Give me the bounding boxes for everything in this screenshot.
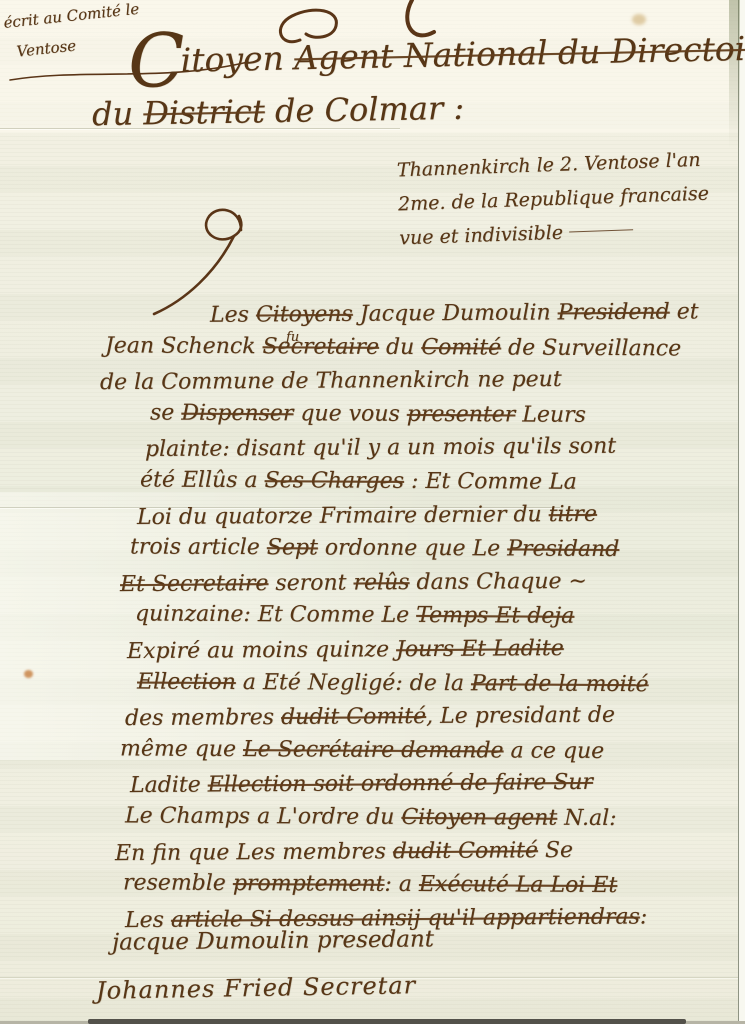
manuscript-text: seront xyxy=(268,570,353,596)
manuscript-line: Ladite Ellection soit ordonné de faire S… xyxy=(130,765,725,803)
manuscript-text: Expiré au moins quinze xyxy=(127,637,396,664)
struck-text: Exécuté La Loi Et xyxy=(419,872,617,898)
manuscript-line: été Ellûs a Ses Charges : Et Comme La xyxy=(140,463,725,500)
struck-text: Temps Et deja xyxy=(416,603,574,629)
manuscript-line: resemble promptement: a Exécuté La Loi E… xyxy=(123,867,725,904)
struck-text: Ellection soit ordonné de faire Sur xyxy=(208,770,593,798)
manuscript-text: : xyxy=(640,904,648,929)
manuscript-line: Les Citoyens Jacque Dumoulin Presidend e… xyxy=(210,295,725,332)
manuscript-text: Loi du quatorze Frimaire dernier du xyxy=(137,502,549,530)
scan-edge-bottom-shadow xyxy=(88,1019,686,1024)
manuscript-text: plainte: disant qu'il y a un mois qu'ils… xyxy=(145,434,616,462)
struck-text: Comité xyxy=(421,335,501,360)
manuscript-page: écrit au Comité le Ventose Citoyen Agent… xyxy=(0,0,745,1024)
manuscript-line: se Dispenser que vous presenter Leurs xyxy=(150,396,725,433)
heading-line1-text: itoyen xyxy=(180,38,294,79)
heading-line2-text: du xyxy=(92,94,144,133)
manuscript-text: été Ellûs a xyxy=(140,467,265,493)
manuscript-text: resemble xyxy=(123,871,233,897)
manuscript-line: Et Secretaire seront relûs dans Chaque ~ xyxy=(120,564,725,602)
struck-text: titre xyxy=(549,501,597,526)
manuscript-text: de Surveillance xyxy=(501,335,681,361)
heading-line2: du District de Colmar : xyxy=(92,89,465,133)
manuscript-text: ordonne que Le xyxy=(318,536,507,562)
manuscript-text: dans Chaque ~ xyxy=(409,569,587,595)
manuscript-text: Leurs xyxy=(515,402,586,427)
manuscript-text: Les xyxy=(210,302,256,327)
heading-line1-struck-text: Agent National du Directoire xyxy=(294,28,745,77)
manuscript-line: Jean Schenck Secretaire du Comité de Sur… xyxy=(105,329,725,366)
manuscript-body: Les Citoyens Jacque Dumoulin Presidend e… xyxy=(95,297,725,935)
scan-edge-right xyxy=(738,0,745,1024)
struck-text: Ellection xyxy=(137,669,236,695)
manuscript-text: a ce que xyxy=(503,738,604,764)
manuscript-text: : Et Comme La xyxy=(404,469,577,495)
struck-text: dudit Comité xyxy=(281,704,426,730)
struck-text: Et Secretaire xyxy=(120,571,269,597)
manuscript-line: plainte: disant qu'il y a un mois qu'ils… xyxy=(145,429,725,467)
struck-text: Jours Et Ladite xyxy=(396,636,564,662)
manuscript-line: Le Champs a L'ordre du Citoyen agent N.a… xyxy=(125,799,725,836)
manuscript-text: même que xyxy=(120,736,243,762)
manuscript-line: En fin que Les membres dudit Comité Se xyxy=(115,832,725,870)
struck-text: dudit Comité xyxy=(393,838,538,864)
manuscript-text: se xyxy=(150,400,181,425)
manuscript-text: , Le presidant de xyxy=(426,703,615,729)
struck-text: presenter xyxy=(407,402,516,428)
manuscript-text: du xyxy=(379,334,421,359)
manuscript-text: de la Commune de Thannenkirch ne peut xyxy=(100,367,562,395)
manuscript-text: a Eté Negligé: de la xyxy=(236,670,471,696)
struck-text: Part de la moité xyxy=(471,671,649,697)
manuscript-line: quinzaine: Et Comme Le Temps Et deja xyxy=(135,598,725,635)
heading-line1: Citoyen Agent National du Directoire xyxy=(127,21,745,90)
manuscript-line: même que Le Secrétaire demande a ce que xyxy=(120,732,725,769)
struck-text: Sept xyxy=(267,535,318,560)
manuscript-text: trois article xyxy=(130,535,267,561)
heading-line2-text: de Colmar : xyxy=(264,89,464,130)
dateline: Thannenkirch le 2. Ventose l'an 2me. de … xyxy=(396,143,710,256)
struck-text: Citoyen agent xyxy=(401,805,557,831)
manuscript-text: que vous xyxy=(293,401,407,427)
dateline-dash-flourish xyxy=(569,229,633,232)
manuscript-line: Loi du quatorze Frimaire dernier du titr… xyxy=(137,497,725,535)
struck-text: Presidand xyxy=(507,537,619,563)
manuscript-text: quinzaine: Et Comme Le xyxy=(135,602,416,628)
dateline-line3-text: vue et indivisible xyxy=(399,222,564,250)
struck-text: Le Secrétaire demande xyxy=(243,737,504,763)
struck-text: relûs xyxy=(353,570,409,595)
heading-line2-struck-text: District xyxy=(143,92,265,132)
margin-note: écrit au Comité le Ventose xyxy=(2,0,144,68)
struck-text: Presidend xyxy=(558,300,670,326)
struck-text: Secretaire xyxy=(262,334,379,360)
manuscript-line: des membres dudit Comité, Le presidant d… xyxy=(125,698,725,736)
manuscript-text: Se xyxy=(538,837,573,862)
manuscript-text: Ladite xyxy=(130,773,208,799)
heading-initial: C xyxy=(127,18,185,105)
signature-secretary: Johannes Fried Secretar xyxy=(96,971,417,1005)
manuscript-text: Le Champs a L'ordre du xyxy=(125,803,401,829)
manuscript-text: En fin que Les membres xyxy=(115,839,393,866)
manuscript-text: N.al: xyxy=(557,806,617,831)
manuscript-line: Expiré au moins quinze Jours Et Ladite xyxy=(127,631,725,669)
struck-text: Ses Charges xyxy=(265,468,405,494)
struck-text: promptement xyxy=(233,871,385,897)
manuscript-text: : a xyxy=(384,872,419,897)
manuscript-line: de la Commune de Thannenkirch ne peut xyxy=(100,362,725,400)
manuscript-line: Ellection a Eté Negligé: de la Part de l… xyxy=(137,665,725,702)
struck-text: Citoyens xyxy=(256,302,353,328)
struck-text: Dispenser xyxy=(181,400,293,426)
signature-president: jacque Dumoulin presedant xyxy=(112,926,434,955)
manuscript-line: trois article Sept ordonne que Le Presid… xyxy=(130,531,725,568)
manuscript-text: des membres xyxy=(125,705,281,731)
foxing-spot xyxy=(24,670,33,678)
manuscript-text: et xyxy=(670,299,699,324)
manuscript-text: Jacque Dumoulin xyxy=(353,300,558,326)
manuscript-text: Jean Schenck xyxy=(105,333,263,359)
